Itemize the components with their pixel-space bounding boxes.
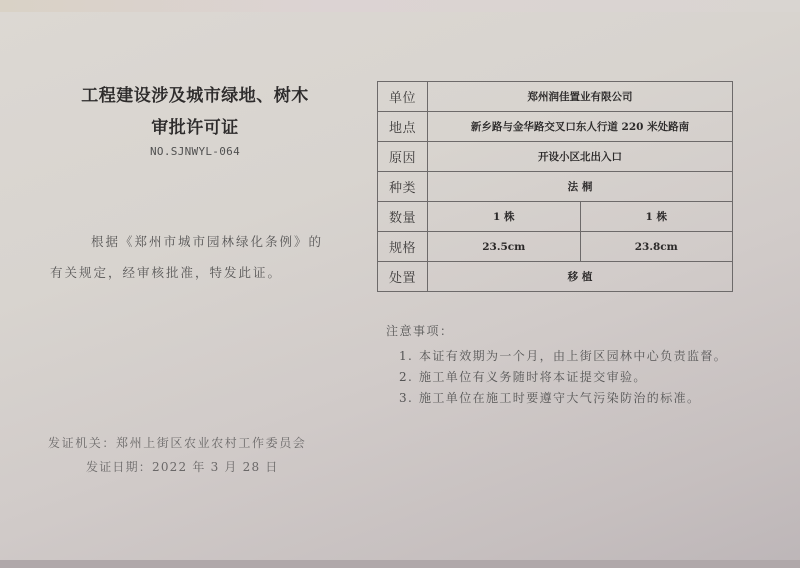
issue-date: 发证日期：2022 年 3 月 28 日 bbox=[86, 458, 279, 475]
row-value: 新乡路与金华路交叉口东人行道 220 米处路南 bbox=[428, 112, 733, 142]
note-text: 施工单位在施工时要遵守大气污染防治的标准。 bbox=[419, 391, 700, 405]
row-value-2: 23.8cm bbox=[580, 232, 733, 262]
row-label: 原因 bbox=[378, 142, 428, 172]
note-item: 1.本证有效期为一个月，由上街区园林中心负责监督。 bbox=[399, 346, 727, 367]
row-value: 移 植 bbox=[428, 262, 733, 292]
row-value-2: 1 株 bbox=[580, 202, 733, 232]
note-item: 3.施工单位在施工时要遵守大气污染防治的标准。 bbox=[399, 388, 727, 409]
row-value-1: 23.5cm bbox=[428, 232, 581, 262]
table-row-species: 种类 法 桐 bbox=[378, 172, 733, 202]
row-label: 单位 bbox=[378, 82, 428, 112]
notes-heading: 注意事项： bbox=[386, 322, 454, 339]
row-label: 处置 bbox=[378, 262, 428, 292]
permit-details-table: 单位 郑州润佳置业有限公司 地点 新乡路与金华路交叉口东人行道 220 米处路南… bbox=[377, 81, 733, 292]
note-number: 1. bbox=[399, 346, 419, 367]
table-row-specification: 规格 23.5cm 23.8cm bbox=[378, 232, 733, 262]
document-title-line2: 审批许可证 bbox=[60, 113, 330, 138]
note-text: 本证有效期为一个月，由上街区园林中心负责监督。 bbox=[419, 349, 727, 363]
row-label: 数量 bbox=[378, 202, 428, 232]
row-value: 法 桐 bbox=[428, 172, 733, 202]
note-item: 2.施工单位有义务随时将本证提交审验。 bbox=[399, 367, 727, 388]
table-row-quantity: 数量 1 株 1 株 bbox=[378, 202, 733, 232]
row-value: 郑州润佳置业有限公司 bbox=[428, 82, 733, 112]
table-row-reason: 原因 开设小区北出入口 bbox=[378, 142, 733, 172]
notes-list: 1.本证有效期为一个月，由上街区园林中心负责监督。 2.施工单位有义务随时将本证… bbox=[399, 346, 727, 409]
body-text-line2: 有关规定，经审核批准，特发此证。 bbox=[50, 263, 282, 281]
issuing-authority: 发证机关：郑州上街区农业农村工作委员会 bbox=[48, 434, 306, 451]
body-text-line1: 根据《郑州市城市园林绿化条例》的 bbox=[91, 232, 323, 250]
row-label: 种类 bbox=[378, 172, 428, 202]
row-label: 地点 bbox=[378, 112, 428, 142]
table-row-location: 地点 新乡路与金华路交叉口东人行道 220 米处路南 bbox=[378, 112, 733, 142]
certificate-left-panel: 工程建设涉及城市绿地、树木 审批许可证 NO.SJNWYL-064 根据《郑州市… bbox=[0, 0, 370, 568]
certificate-number: NO.SJNWYL-064 bbox=[60, 145, 330, 158]
note-number: 3. bbox=[399, 388, 419, 409]
row-value: 开设小区北出入口 bbox=[428, 142, 733, 172]
note-text: 施工单位有义务随时将本证提交审验。 bbox=[419, 370, 647, 384]
photo-bottom-edge bbox=[0, 560, 800, 568]
row-value-1: 1 株 bbox=[428, 202, 581, 232]
table-row-unit: 单位 郑州润佳置业有限公司 bbox=[378, 82, 733, 112]
row-label: 规格 bbox=[378, 232, 428, 262]
document-title-line1: 工程建设涉及城市绿地、树木 bbox=[60, 81, 330, 106]
table-row-disposal: 处置 移 植 bbox=[378, 262, 733, 292]
note-number: 2. bbox=[399, 367, 419, 388]
